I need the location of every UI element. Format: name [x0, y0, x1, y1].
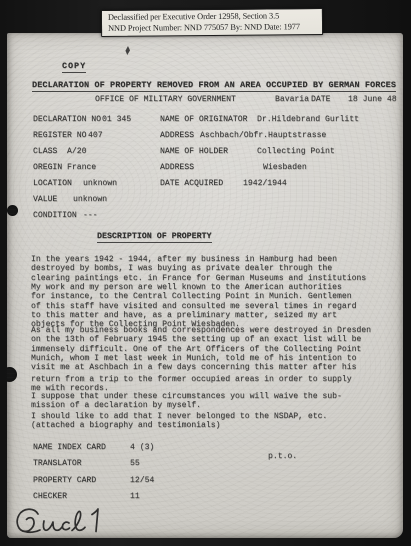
field-label-register-no: REGISTER NO	[33, 131, 86, 140]
description-heading: DESCRIPTION OF PROPERTY	[97, 232, 212, 243]
field-label-location: LOCATION	[33, 179, 72, 188]
field-label-condition: CONDITION	[33, 211, 77, 220]
field-label-declaration-no: DECLARATION NO	[33, 115, 101, 124]
field-label-class: CLASS	[33, 147, 57, 156]
field-label-originator: NAME OF ORIGINATOR	[160, 115, 247, 124]
handwriting-strokes	[11, 504, 115, 538]
description-paragraph-1: In the years 1942 - 1944, after my busin…	[31, 255, 366, 330]
field-value-register-no: 407	[88, 131, 103, 140]
copy-label: COPY	[62, 62, 86, 73]
field-label-address-2: ADDRESS	[160, 163, 194, 172]
punch-hole-bottom	[7, 367, 17, 382]
field-label-origin: OREGIN	[33, 163, 62, 172]
description-paragraph-5: I should like to add that I never belong…	[31, 412, 327, 431]
field-value-class: A/20	[67, 147, 86, 156]
microfilm-frame: COPY DECLARATION OF PROPERTY REMOVED FRO…	[0, 0, 411, 546]
footer-value-translator: 55	[130, 459, 140, 468]
description-paragraph-3: return from a trip to the former occupie…	[31, 375, 352, 394]
date-label: DATE	[311, 95, 330, 104]
field-value-condition: ---	[83, 211, 98, 220]
footer-label-name-index-card: NAME INDEX CARD	[33, 443, 106, 452]
description-paragraph-4: I suppose that under these circumstances…	[31, 392, 342, 411]
declassification-stamp: Declassified per Executive Order 12958, …	[101, 8, 323, 37]
footer-value-name-index-card: 4 (3)	[130, 443, 154, 452]
office-name: OFFICE OF MILITARY GOVERNMENT	[95, 95, 236, 104]
pto-note: p.t.o.	[268, 452, 297, 461]
field-value-address-2: Wiesbaden	[263, 163, 307, 172]
handwritten-note: Incl 1	[11, 504, 115, 538]
field-value-origin: France	[67, 163, 96, 172]
footer-value-property-card: 12/54	[130, 476, 154, 485]
field-value-originator: Dr.Hildebrand Gurlitt	[257, 115, 359, 124]
footer-label-translator: TRANSLATOR	[33, 459, 82, 468]
field-value-date-acquired: 1942/1944	[243, 179, 287, 188]
field-label-value: VALUE	[33, 195, 57, 204]
field-label-address-1: ADDRESS	[160, 131, 194, 140]
date-value: 18 June 48	[348, 95, 397, 104]
description-paragraph-2: As all my business books and corresponde…	[31, 326, 371, 373]
office-region: Bavaria	[275, 95, 309, 104]
field-value-location: unknown	[83, 179, 117, 188]
field-value-address-1: Aschbach/Obfr.Hauptstrasse	[200, 131, 326, 140]
ink-mark	[125, 46, 131, 55]
field-label-date-acquired: DATE ACQUIRED	[160, 179, 223, 188]
field-value-declaration-no: 01 345	[102, 115, 131, 124]
footer-label-property-card: PROPERTY CARD	[33, 476, 96, 485]
stamp-line-2: NND Project Number: NND 775057 By: NND D…	[108, 22, 319, 34]
document-page: COPY DECLARATION OF PROPERTY REMOVED FRO…	[7, 33, 403, 538]
field-label-holder: NAME OF HOLDER	[160, 147, 228, 156]
document-title: DECLARATION OF PROPERTY REMOVED FROM AN …	[32, 81, 396, 92]
field-value-holder: Collecting Point	[257, 147, 335, 156]
punch-hole-top	[7, 205, 18, 216]
footer-value-checker: 11	[130, 492, 140, 501]
field-value-value: unknown	[73, 195, 107, 204]
footer-label-checker: CHECKER	[33, 492, 67, 501]
